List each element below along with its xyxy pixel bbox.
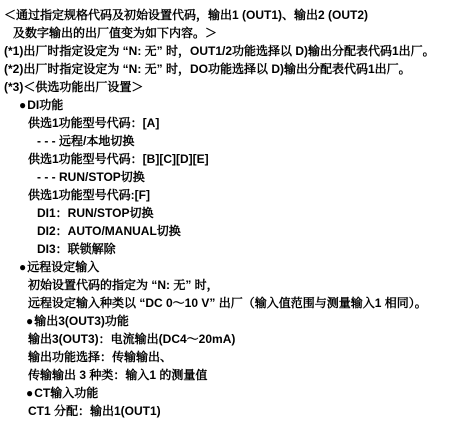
document-page: ＜通过指定规格代码及初始设置代码，输出1 (OUT1)、输出2 (OUT2) 及… <box>0 0 450 433</box>
section-ct-input-function: ●CT输入功能 <box>0 384 450 402</box>
bullet-icon: ● <box>26 386 33 400</box>
di3-assignment: DI3：联锁解除 <box>0 240 450 258</box>
header-line-1: ＜通过指定规格代码及初始设置代码，输出1 (OUT1)、输出2 (OUT2) <box>0 6 450 24</box>
out3-function-select: 输出功能选择：传输输出、 <box>0 348 450 366</box>
di-option-code-bcde-desc: - - - RUN/STOP切换 <box>0 168 450 186</box>
di-option-code-bcde: 供选1功能型号代码：[B][C][D][E] <box>0 150 450 168</box>
section-out3-label: 输出3(OUT3)功能 <box>34 314 129 328</box>
ct1-assignment: CT1 分配：输出1(OUT1) <box>0 402 450 420</box>
footnote-1: (*1)出厂时指定设定为 “N: 无” 时，OUT1/2功能选择以 D)输出分配… <box>0 42 450 60</box>
footnote-2: (*2)出厂时指定设定为 “N: 无” 时，DO功能选择以 D)输出分配表代码1… <box>0 60 450 78</box>
di-option-code-a-desc: - - - 远程/本地切换 <box>0 132 450 150</box>
remote-setting-line-1: 初始设置代码的指定为 “N: 无” 时， <box>0 276 450 294</box>
header-line-2: 及数字输出的出厂值变为如下内容。＞ <box>0 24 450 42</box>
di1-assignment: DI1：RUN/STOP切换 <box>0 204 450 222</box>
remote-setting-line-2: 远程设定输入种类以 “DC 0～10 V” 出厂（输入值范围与测量输入1 相同）… <box>0 294 450 312</box>
di2-assignment: DI2：AUTO/MANUAL切换 <box>0 222 450 240</box>
section-remote-setting-input: ●远程设定输入 <box>0 258 450 276</box>
section-di-label: DI功能 <box>27 98 63 112</box>
section-remote-label: 远程设定输入 <box>27 260 99 274</box>
bullet-icon: ● <box>19 98 26 112</box>
out3-transmission-type: 传输输出 3 种类：输入1 的测量值 <box>0 366 450 384</box>
bullet-icon: ● <box>19 260 26 274</box>
out3-output-type: 输出3(OUT3)：电流输出(DC4～20mA) <box>0 330 450 348</box>
bullet-icon: ● <box>26 314 33 328</box>
section-di-function: ●DI功能 <box>0 96 450 114</box>
di-option-code-a: 供选1功能型号代码：[A] <box>0 114 450 132</box>
section-out3-function: ●输出3(OUT3)功能 <box>0 312 450 330</box>
di-option-code-f: 供选1功能型号代码:[F] <box>0 186 450 204</box>
section-ct-label: CT输入功能 <box>34 386 98 400</box>
footnote-3-header: (*3)＜供选功能出厂设置＞ <box>0 78 450 96</box>
